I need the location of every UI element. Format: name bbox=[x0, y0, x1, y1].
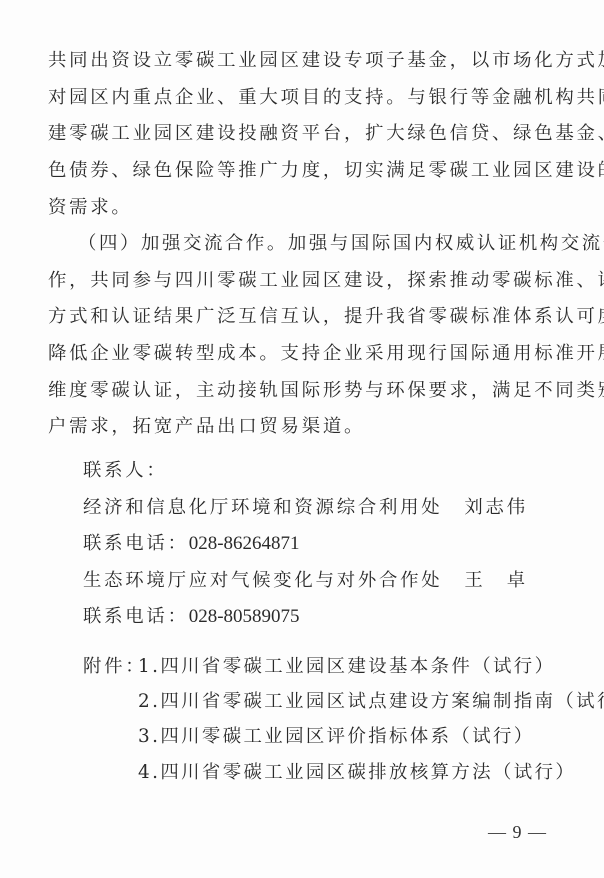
phone-label: 联系电话： bbox=[83, 606, 189, 627]
contact-name: 刘志伟 bbox=[464, 497, 527, 518]
contact-department: 经济和信息化厅环境和资源综合利用处 bbox=[83, 497, 442, 518]
attachment-item: 3.四川零碳工业园区评价指标体系（试行） bbox=[138, 725, 604, 749]
contact-phone-line: 联系电话：028-86264871 bbox=[83, 532, 603, 556]
phone-number: 028-80589075 bbox=[189, 606, 300, 627]
section-text: 加强与国际国内权威认证机构交流合 bbox=[288, 233, 604, 254]
section-heading: （四）加强交流合作。 bbox=[78, 233, 288, 254]
phone-label: 联系电话： bbox=[83, 533, 189, 554]
paragraph-line: 户需求，拓宽产品出口贸易渠道。 bbox=[48, 415, 568, 439]
attachment-item: 4.四川省零碳工业园区碳排放核算方法（试行） bbox=[138, 761, 604, 785]
paragraph-line: 对园区内重点企业、重大项目的支持。与银行等金融机构共同搭 bbox=[48, 86, 568, 110]
phone-number: 028-86264871 bbox=[189, 533, 300, 554]
document-page: 共同出资设立零碳工业园区建设专项子基金，以市场化方式加大 对园区内重点企业、重大… bbox=[0, 0, 604, 878]
contact-department-line: 生态环境厅应对气候变化与对外合作处王 卓 bbox=[83, 569, 603, 593]
contact-department: 生态环境厅应对气候变化与对外合作处 bbox=[83, 570, 442, 591]
contact-phone-line: 联系电话：028-80589075 bbox=[83, 605, 603, 629]
paragraph-line: 共同出资设立零碳工业园区建设专项子基金，以市场化方式加大 bbox=[48, 49, 568, 73]
paragraph-line: 维度零碳认证，主动接轨国际形势与环保要求，满足不同类别客 bbox=[48, 379, 568, 403]
section-four-first-line: （四）加强交流合作。加强与国际国内权威认证机构交流合 bbox=[78, 232, 598, 256]
contacts-label: 联系人： bbox=[83, 459, 603, 483]
paragraph-line: 方式和认证结果广泛互信互认，提升我省零碳标准体系认可度， bbox=[48, 305, 568, 329]
paragraph-line: 资需求。 bbox=[48, 196, 568, 220]
attachment-item: 1.四川省零碳工业园区建设基本条件（试行） bbox=[138, 655, 604, 679]
contact-name: 王 卓 bbox=[464, 570, 527, 591]
attachment-item: 2.四川省零碳工业园区试点建设方案编制指南（试行） bbox=[138, 690, 604, 714]
paragraph-line: 色债券、绿色保险等推广力度，切实满足零碳工业园区建设的融 bbox=[48, 159, 568, 183]
page-number: — 9 — bbox=[488, 822, 547, 843]
paragraph-line: 降低企业零碳转型成本。支持企业采用现行国际通用标准开展多 bbox=[48, 342, 568, 366]
paragraph-line: 作，共同参与四川零碳工业园区建设，探索推动零碳标准、评价 bbox=[48, 269, 568, 293]
paragraph-line: 建零碳工业园区建设投融资平台，扩大绿色信贷、绿色基金、绿 bbox=[48, 122, 568, 146]
contact-department-line: 经济和信息化厅环境和资源综合利用处刘志伟 bbox=[83, 496, 603, 520]
